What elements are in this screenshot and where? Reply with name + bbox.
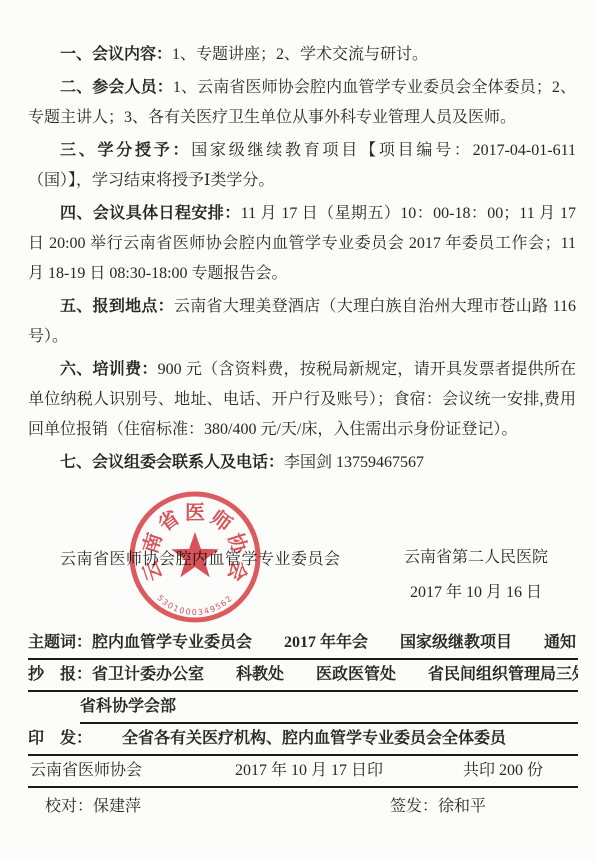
paragraph-text: 李国剑 13759467567 (284, 454, 424, 471)
notice-body: 一、会议内容：1、专题讲座；2、学术交流与研讨。 二、参会人员：1、云南省医师协… (28, 40, 576, 481)
subject-label: 主题词： (28, 634, 92, 651)
paragraph-label: 七、会议组委会联系人及电话： (60, 454, 284, 471)
co-issuer-org: 云南省第二人民医院 (378, 540, 574, 575)
svg-text:5301000349562: 5301000349562 (155, 593, 234, 617)
paragraph-contact: 七、会议组委会联系人及电话：李国剑 13759467567 (28, 448, 576, 478)
proofreader: 校对：保建萍 (45, 794, 141, 820)
print-date: 2017 年 10 月 17 日印 (235, 756, 383, 786)
paragraph-fees: 六、培训费：900 元（含资料费，按税局新规定，请开具发票者提供所在单位纳税人识… (28, 355, 576, 445)
proofread-name: 保建萍 (93, 798, 141, 815)
seal-serial-number: 5301000349562 (155, 593, 234, 617)
printer-org: 云南省医师协会 (30, 756, 142, 786)
issue-date: 2017 年 10 月 16 日 (378, 575, 574, 610)
paragraph-schedule: 四、会议具体日程安排：11 月 17 日（星期五）10：00-18：00；11 … (28, 199, 576, 289)
footer-row-distribution: 印 发：全省各有关医疗机构、腔内血管学专业委员会全体委员 (28, 724, 578, 756)
paragraph-label: 二、参会人员： (60, 79, 173, 96)
co-issuer-block: 云南省第二人民医院 2017 年 10 月 16 日 (378, 540, 574, 610)
footer-row-cc: 抄 报：省卫计委办公室 科教处 医政医管处 省民间组织管理局三处 (28, 660, 578, 692)
paragraph-label: 五、报到地点： (60, 298, 174, 315)
distribution-value: 全省各有关医疗机构、腔内血管学专业委员会全体委员 (122, 730, 506, 747)
seal-ring-char: 省 (153, 505, 183, 536)
sign-name: 徐和平 (438, 798, 486, 815)
paragraph-venue: 五、报到地点：云南省大理美登酒店（大理白族自治州大理市苍山路 116 号）。 (28, 292, 576, 352)
cc-value: 省卫计委办公室 科教处 医政医管处 省民间组织管理局三处 (92, 666, 578, 683)
seal-ring-char: 医 (185, 501, 205, 524)
footer-row-signoff: 校对：保建萍 签发：徐和平 (28, 794, 578, 820)
footer-row-imprint: 云南省医师协会 2017 年 10 月 17 日印 共印 200 份 (28, 756, 578, 788)
paragraph-label: 六、培训费： (60, 361, 158, 378)
cc-label: 抄 报： (28, 666, 92, 683)
document-footer: 主题词：腔内血管学专业委员会 2017 年年会 国家级继教项目 通知 抄 报：省… (28, 628, 578, 820)
paragraph-attendees: 二、参会人员：1、云南省医师协会腔内血管学专业委员会全体委员；2、专题主讲人；3… (28, 73, 576, 133)
paragraph-label: 一、会议内容： (60, 46, 172, 63)
paragraph-label: 三、学分授予： (60, 142, 191, 159)
paragraph-credits: 三、学分授予：国家级继续教育项目【项目编号：2017-04-01-611（国）】… (28, 136, 576, 196)
footer-row-subject: 主题词：腔内血管学专业委员会 2017 年年会 国家级继教项目 通知 (28, 628, 578, 660)
paragraph-text: 1、专题讲座；2、学术交流与研讨。 (172, 46, 428, 63)
print-copies: 共印 200 份 (463, 756, 543, 786)
sign-label: 签发： (390, 798, 438, 815)
seal-ring-char: 师 (206, 505, 236, 536)
scanned-notice-page: 一、会议内容：1、专题讲座；2、学术交流与研讨。 二、参会人员：1、云南省医师协… (0, 0, 596, 861)
proofread-label: 校对： (45, 798, 93, 815)
cc-value-continued: 省科协学会部 (80, 698, 176, 715)
issuing-committee-name: 云南省医师协会腔内血管学专业委员会 (60, 546, 341, 569)
footer-row-cc-continued: 省科协学会部 (80, 692, 578, 724)
paragraph-meeting-content: 一、会议内容：1、专题讲座；2、学术交流与研讨。 (28, 40, 576, 70)
subject-value: 腔内血管学专业委员会 2017 年年会 国家级继教项目 通知 (92, 634, 576, 651)
signer: 签发：徐和平 (390, 794, 486, 820)
distribution-label: 印 发： (28, 730, 92, 747)
paragraph-label: 四、会议具体日程安排： (60, 205, 241, 222)
